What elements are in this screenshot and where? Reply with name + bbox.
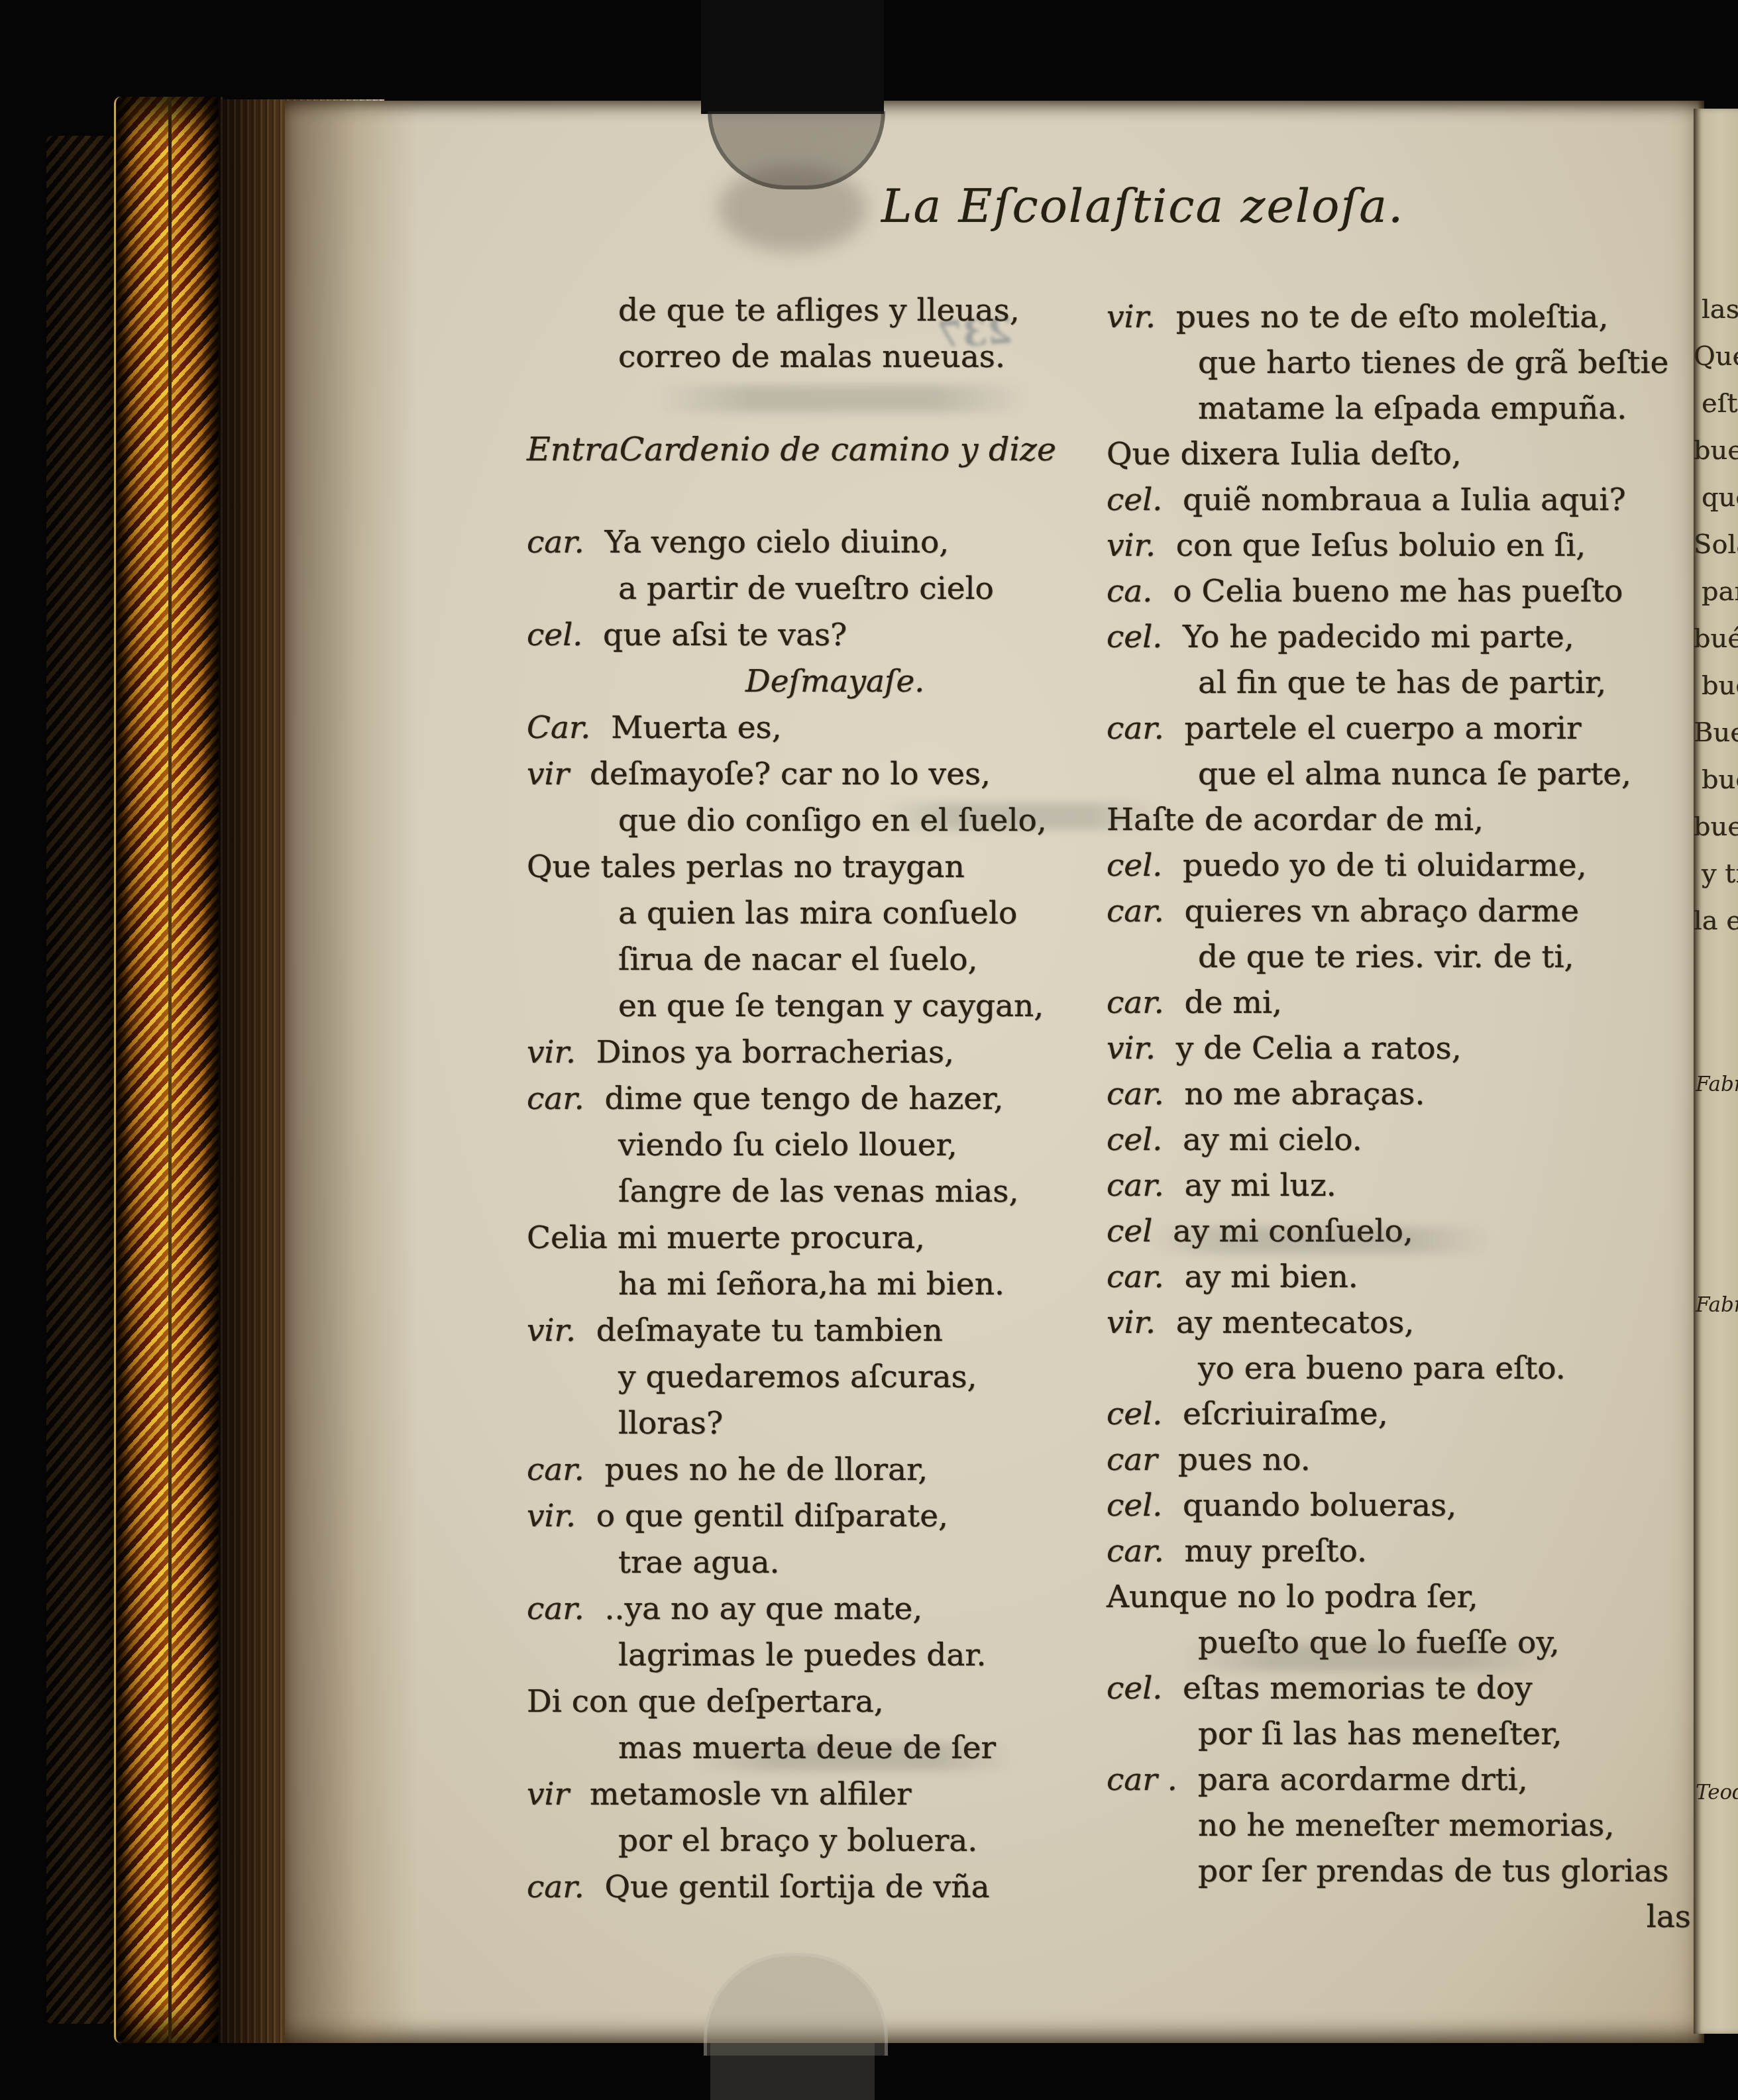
- speaker-label: car.: [527, 1451, 594, 1488]
- verse-line: Di con que deſpertara,: [527, 1679, 1103, 1725]
- verse-line: Celia mi muerte procura,: [527, 1215, 1103, 1261]
- verse-line: vir. Dinos ya borracherias,: [527, 1029, 1103, 1076]
- line-text: o que gentil diſparate,: [596, 1498, 948, 1534]
- line-text: viendo ſu cielo llouer,: [618, 1127, 957, 1163]
- line-text: dime que tengo de hazer,: [605, 1080, 1004, 1117]
- text-column-left: de que te afliges y lleuas,correo de mal…: [527, 288, 1103, 1911]
- verse-line: car. ay mi bien.: [1107, 1254, 1696, 1300]
- gilt-fore-edge: [114, 97, 223, 2043]
- verse-line: vir deſmayoſe? car no lo ves,: [527, 751, 1103, 798]
- line-text: en que ſe tengan y caygan,: [618, 988, 1044, 1024]
- next-page-text-fragment: buena: [1694, 757, 1738, 804]
- verse-line: por ſi las has meneſter,: [1107, 1711, 1696, 1757]
- speaker-label: vir.: [1107, 299, 1166, 335]
- line-text: ſangre de las venas mias,: [618, 1173, 1018, 1210]
- verse-line: cel. puedo yo de ti oluidarme,: [1107, 843, 1696, 888]
- speaker-label: vir.: [527, 1498, 586, 1534]
- line-text: no he meneſter memorias,: [1198, 1807, 1614, 1844]
- verse-line: Car. Muerta es,: [527, 705, 1103, 751]
- screenshot-root: { "doc": { "running_title": "La Eſcolaſt…: [0, 0, 1738, 2100]
- speaker-label: car.: [1107, 984, 1174, 1021]
- speaker-label: vir.: [1107, 1030, 1166, 1067]
- line-text: Que tales perlas no traygan: [527, 849, 965, 885]
- line-text: partele el cuerpo a morir: [1185, 710, 1582, 747]
- next-page-sliver: las eſtiQue aqueſtas nbuen mique deSolam…: [1694, 109, 1738, 2034]
- line-text: ſirua de nacar el ſuelo,: [618, 941, 978, 978]
- line-text: a quien las mira conſuelo: [618, 895, 1017, 931]
- line-text: por ſer prendas de tus glorias: [1198, 1853, 1668, 1889]
- line-text: Aunque no lo podra ſer,: [1107, 1579, 1478, 1615]
- next-page-text-fragment: Buenas fa: [1694, 709, 1738, 757]
- speaker-label: car: [1107, 1442, 1168, 1478]
- next-page-text-fragment: Que aqu: [1694, 333, 1738, 380]
- top-strap-shadow: [718, 166, 867, 252]
- verse-line: de que te afliges y lleuas,: [527, 288, 1103, 334]
- next-page-text-fragment: buen mi: [1694, 427, 1738, 474]
- verse-line: no he meneſter memorias,: [1107, 1803, 1696, 1848]
- verse-line: cel ay mi conſuelo,: [1107, 1208, 1696, 1254]
- line-text: Muerta es,: [611, 709, 781, 746]
- speaker-label: vir.: [1107, 527, 1166, 564]
- next-page-text-fragment: buena: [1694, 662, 1738, 709]
- verse-line: Que dixera Iulia deſto,: [1107, 431, 1696, 477]
- verse-line: vir. con que Ieſus boluio en ſi,: [1107, 523, 1696, 568]
- verse-line: cel. eſcriuiraſme,: [1107, 1391, 1696, 1437]
- margin-speaker-name: Fabricio: [1696, 1073, 1738, 1096]
- verse-line: vir. ay mentecatos,: [1107, 1300, 1696, 1345]
- speaker-label: vir.: [527, 1034, 586, 1071]
- speaker-label: cel.: [1107, 847, 1172, 884]
- verse-line: lagrimas le puedes dar.: [527, 1632, 1103, 1679]
- line-text: matame la eſpada empuña.: [1198, 390, 1627, 427]
- line-text: de que te afliges y lleuas,: [618, 292, 1020, 329]
- next-page-text-fragment: eſtas n: [1694, 380, 1738, 427]
- line-text: lloras?: [618, 1405, 723, 1442]
- speaker-label: vir: [527, 1776, 579, 1812]
- verse-line: car. dime que tengo de hazer,: [527, 1076, 1103, 1122]
- next-page-text-fragment: que de: [1694, 474, 1738, 521]
- line-text: deſmayoſe? car no lo ves,: [590, 756, 991, 792]
- line-text: por el braço y boluera.: [618, 1822, 977, 1859]
- next-page-text-fragment: las eſti: [1694, 286, 1738, 333]
- verse-line: vir metamosle vn alfiler: [527, 1771, 1103, 1818]
- speaker-label: car.: [1107, 893, 1174, 929]
- line-text: ay mentecatos,: [1176, 1304, 1414, 1341]
- line-text: quando bolueras,: [1183, 1487, 1456, 1524]
- verse-line: car. ..ya no ay que mate,: [527, 1586, 1103, 1632]
- margin-speaker-name: Fabricio: [1696, 1293, 1738, 1317]
- verse-line: cel. que aſsi te vas?: [527, 612, 1103, 658]
- verse-line: vir. pues no te de eſto moleſtia,: [1107, 294, 1696, 340]
- next-page-text-fragment: Solamen: [1694, 521, 1738, 568]
- speaker-label: car.: [1107, 1167, 1174, 1204]
- line-text: que aſsi te vas?: [603, 617, 847, 653]
- line-text: Di con que deſpertara,: [527, 1683, 884, 1720]
- next-page-text-fragment: y tres: [1694, 851, 1738, 898]
- speaker-label: cel: [1107, 1213, 1162, 1249]
- line-text: correo de malas nueuas.: [618, 339, 1005, 375]
- verse-line: Haſte de acordar de mi,: [1107, 797, 1696, 843]
- line-text: muy preſto.: [1185, 1533, 1367, 1569]
- verse-line: por el braço y boluera.: [527, 1818, 1103, 1864]
- line-text: eſcriuiraſme,: [1183, 1396, 1388, 1432]
- line-text: pueſto que lo fueſſe oy,: [1198, 1624, 1560, 1661]
- speaker-label: vir.: [1107, 1304, 1166, 1341]
- line-text: o Celia bueno me has pueſto: [1173, 573, 1623, 609]
- line-text: yo era bueno para eſto.: [1198, 1350, 1566, 1387]
- next-page-text-fragment: buena: [1694, 804, 1738, 851]
- verse-line: yo era bueno para eſto.: [1107, 1345, 1696, 1391]
- speaker-label: car.: [527, 524, 594, 560]
- line-text: con que Ieſus boluio en ſi,: [1176, 527, 1586, 564]
- speaker-label: cel.: [1107, 1487, 1172, 1524]
- next-page-text-fragment: bué tié: [1694, 615, 1738, 662]
- next-page-text-fragment: para p: [1694, 568, 1738, 615]
- verse-line: lloras?: [527, 1400, 1103, 1447]
- line-text: quieres vn abraço darme: [1185, 893, 1579, 929]
- line-text: eſtas memorias te doy: [1183, 1670, 1533, 1706]
- line-text: EntraCardenio de camino y dize: [527, 431, 1056, 468]
- speaker-label: car.: [1107, 1259, 1174, 1295]
- verse-line: car. de mi,: [1107, 980, 1696, 1025]
- line-text: ay mi cielo.: [1183, 1122, 1362, 1158]
- verse-line: ca. o Celia bueno me has pueſto: [1107, 568, 1696, 614]
- speaker-label: car.: [1107, 1076, 1174, 1112]
- verse-line: Aunque no lo podra ſer,: [1107, 1574, 1696, 1620]
- speaker-label: car.: [527, 1869, 594, 1905]
- line-gap: [527, 473, 1103, 519]
- line-text: Que dixera Iulia deſto,: [1107, 436, 1462, 472]
- verse-line: al fin que te has de partir,: [1107, 660, 1696, 706]
- speaker-label: ca.: [1107, 573, 1162, 609]
- bottom-strap: [704, 1953, 889, 2100]
- speaker-label: car.: [527, 1080, 594, 1117]
- verse-line: car. no me abraças.: [1107, 1071, 1696, 1117]
- line-text: pues no.: [1178, 1442, 1311, 1478]
- line-text: deſmayate tu tambien: [596, 1312, 943, 1349]
- line-text: ay mi conſuelo,: [1173, 1213, 1413, 1249]
- speaker-label: cel.: [1107, 1670, 1172, 1706]
- line-text: Yo he padecido mi parte,: [1183, 619, 1574, 655]
- catchword: las: [1107, 1894, 1696, 1940]
- bottom-strap-band: [710, 2039, 875, 2100]
- verse-line: car. ay mi luz.: [1107, 1163, 1696, 1208]
- speaker-label: vir.: [527, 1312, 586, 1349]
- line-text: ..ya no ay que mate,: [605, 1591, 923, 1627]
- speaker-label: cel.: [1107, 1122, 1172, 1158]
- speaker-label: car.: [527, 1591, 594, 1627]
- verse-line: cel. eſtas memorias te doy: [1107, 1665, 1696, 1711]
- top-strap-band: [701, 0, 884, 114]
- verse-line: car . para acordarme drti,: [1107, 1757, 1696, 1803]
- line-gap: [527, 380, 1103, 427]
- line-text: pues no he de llorar,: [605, 1451, 928, 1488]
- running-title: La Eſcolaſtica zeloſa.: [881, 179, 1610, 233]
- verse-line: car pues no.: [1107, 1437, 1696, 1483]
- verse-line: por ſer prendas de tus glorias: [1107, 1848, 1696, 1894]
- line-text: que harto tienes de grã beſtie: [1198, 344, 1668, 381]
- verse-line: y quedaremos aſcuras,: [527, 1354, 1103, 1400]
- text-column-right: vir. pues no te de eſto moleſtia,que har…: [1107, 294, 1696, 1940]
- verse-line: car. muy preſto.: [1107, 1528, 1696, 1574]
- speaker-label: car.: [1107, 1533, 1174, 1569]
- speaker-label: car .: [1107, 1761, 1187, 1798]
- line-text: pues no te de eſto moleſtia,: [1176, 299, 1609, 335]
- verse-line: a partir de vueſtro cielo: [527, 566, 1103, 612]
- verse-line: matame la eſpada empuña.: [1107, 386, 1696, 431]
- stage-direction: Deſmayaſe.: [527, 658, 1103, 705]
- stage-direction: EntraCardenio de camino y dize: [527, 427, 1103, 473]
- verse-line: Que tales perlas no traygan: [527, 844, 1103, 890]
- verse-line: cel. quiẽ nombraua a Iulia aqui?: [1107, 477, 1696, 523]
- speaker-label: cel.: [1107, 482, 1172, 518]
- margin-speaker-name: Teodoſi: [1696, 1781, 1738, 1805]
- line-text: y de Celia a ratos,: [1176, 1030, 1462, 1067]
- line-text: Celia mi muerte procura,: [527, 1220, 925, 1256]
- verse-line: car. Que gentil ſortija de vña: [527, 1864, 1103, 1911]
- gilt-center-groove: [168, 97, 172, 2043]
- page-leaf: La Eſcolaſtica zeloſa. 237 de que te afl…: [285, 101, 1704, 2043]
- book-cover-edge: [46, 136, 115, 2024]
- line-text: que dio conſigo en el ſuelo,: [618, 802, 1047, 839]
- line-text: para acordarme drti,: [1198, 1761, 1528, 1798]
- verse-line: trae agua.: [527, 1540, 1103, 1586]
- line-text: metamosle vn alfiler: [590, 1776, 912, 1812]
- verse-line: en que ſe tengan y caygan,: [527, 983, 1103, 1029]
- verse-line: que el alma nunca ſe parte,: [1107, 751, 1696, 797]
- verse-line: car. Ya vengo cielo diuino,: [527, 519, 1103, 566]
- verse-line: que harto tienes de grã beſtie: [1107, 340, 1696, 386]
- verse-line: viendo ſu cielo llouer,: [527, 1122, 1103, 1169]
- top-strap: [701, 0, 884, 265]
- line-text: que el alma nunca ſe parte,: [1198, 756, 1631, 792]
- line-text: por ſi las has meneſter,: [1198, 1716, 1562, 1752]
- speaker-label: car.: [1107, 710, 1174, 747]
- line-text: de mi,: [1185, 984, 1282, 1021]
- line-text: trae agua.: [618, 1544, 779, 1581]
- speaker-label: cel.: [1107, 1396, 1172, 1432]
- verse-line: vir. o que gentil diſparate,: [527, 1493, 1103, 1540]
- verse-line: ha mi ſeñora,ha mi bien.: [527, 1261, 1103, 1308]
- verse-line: pueſto que lo fueſſe oy,: [1107, 1620, 1696, 1665]
- line-text: no me abraças.: [1185, 1076, 1425, 1112]
- line-text: quiẽ nombraua a Iulia aqui?: [1183, 482, 1626, 518]
- line-text: Dinos ya borracherias,: [596, 1034, 954, 1071]
- verse-line: cel. quando bolueras,: [1107, 1483, 1696, 1528]
- line-text: ay mi luz.: [1185, 1167, 1336, 1204]
- speaker-label: Car.: [527, 709, 600, 746]
- verse-line: mas muerta deue de ſer: [527, 1725, 1103, 1771]
- line-text: Deſmayaſe.: [745, 663, 924, 700]
- line-text: al fin que te has de partir,: [1198, 664, 1606, 701]
- verse-line: correo de malas nueuas.: [527, 334, 1103, 380]
- line-text: Que gentil ſortija de vña: [605, 1869, 990, 1905]
- verse-line: cel. ay mi cielo.: [1107, 1117, 1696, 1163]
- speaker-label: cel.: [1107, 619, 1172, 655]
- line-text: ay mi bien.: [1185, 1259, 1358, 1295]
- line-text: de que te ries. vir. de ti,: [1198, 939, 1574, 975]
- verse-line: que dio conſigo en el ſuelo,: [527, 798, 1103, 844]
- line-text: ha mi ſeñora,ha mi bien.: [618, 1266, 1005, 1302]
- line-text: a partir de vueſtro cielo: [618, 570, 994, 607]
- verse-line: ſirua de nacar el ſuelo,: [527, 937, 1103, 983]
- verse-line: vir. deſmayate tu tambien: [527, 1308, 1103, 1354]
- verse-line: de que te ries. vir. de ti,: [1107, 934, 1696, 980]
- verse-line: car. pues no he de llorar,: [527, 1447, 1103, 1493]
- verse-line: car. partele el cuerpo a morir: [1107, 706, 1696, 751]
- next-page-text-fragment: la eſtas y: [1694, 898, 1738, 945]
- speaker-label: cel.: [527, 617, 592, 653]
- verse-line: ſangre de las venas mias,: [527, 1169, 1103, 1215]
- line-text: mas muerta deue de ſer: [618, 1730, 996, 1766]
- verse-line: car. quieres vn abraço darme: [1107, 888, 1696, 934]
- line-text: lagrimas le puedes dar.: [618, 1637, 987, 1673]
- line-text: Haſte de acordar de mi,: [1107, 802, 1484, 838]
- line-text: las: [1647, 1899, 1691, 1935]
- next-page-text-fragments: las eſtiQue aqueſtas nbuen mique deSolam…: [1694, 109, 1738, 945]
- verse-line: vir. y de Celia a ratos,: [1107, 1025, 1696, 1071]
- speaker-label: vir: [527, 756, 579, 792]
- line-text: Ya vengo cielo diuino,: [605, 524, 950, 560]
- line-text: puedo yo de ti oluidarme,: [1183, 847, 1587, 884]
- line-text: y quedaremos aſcuras,: [618, 1359, 977, 1395]
- verse-line: a quien las mira conſuelo: [527, 890, 1103, 937]
- verse-line: cel. Yo he padecido mi parte,: [1107, 614, 1696, 660]
